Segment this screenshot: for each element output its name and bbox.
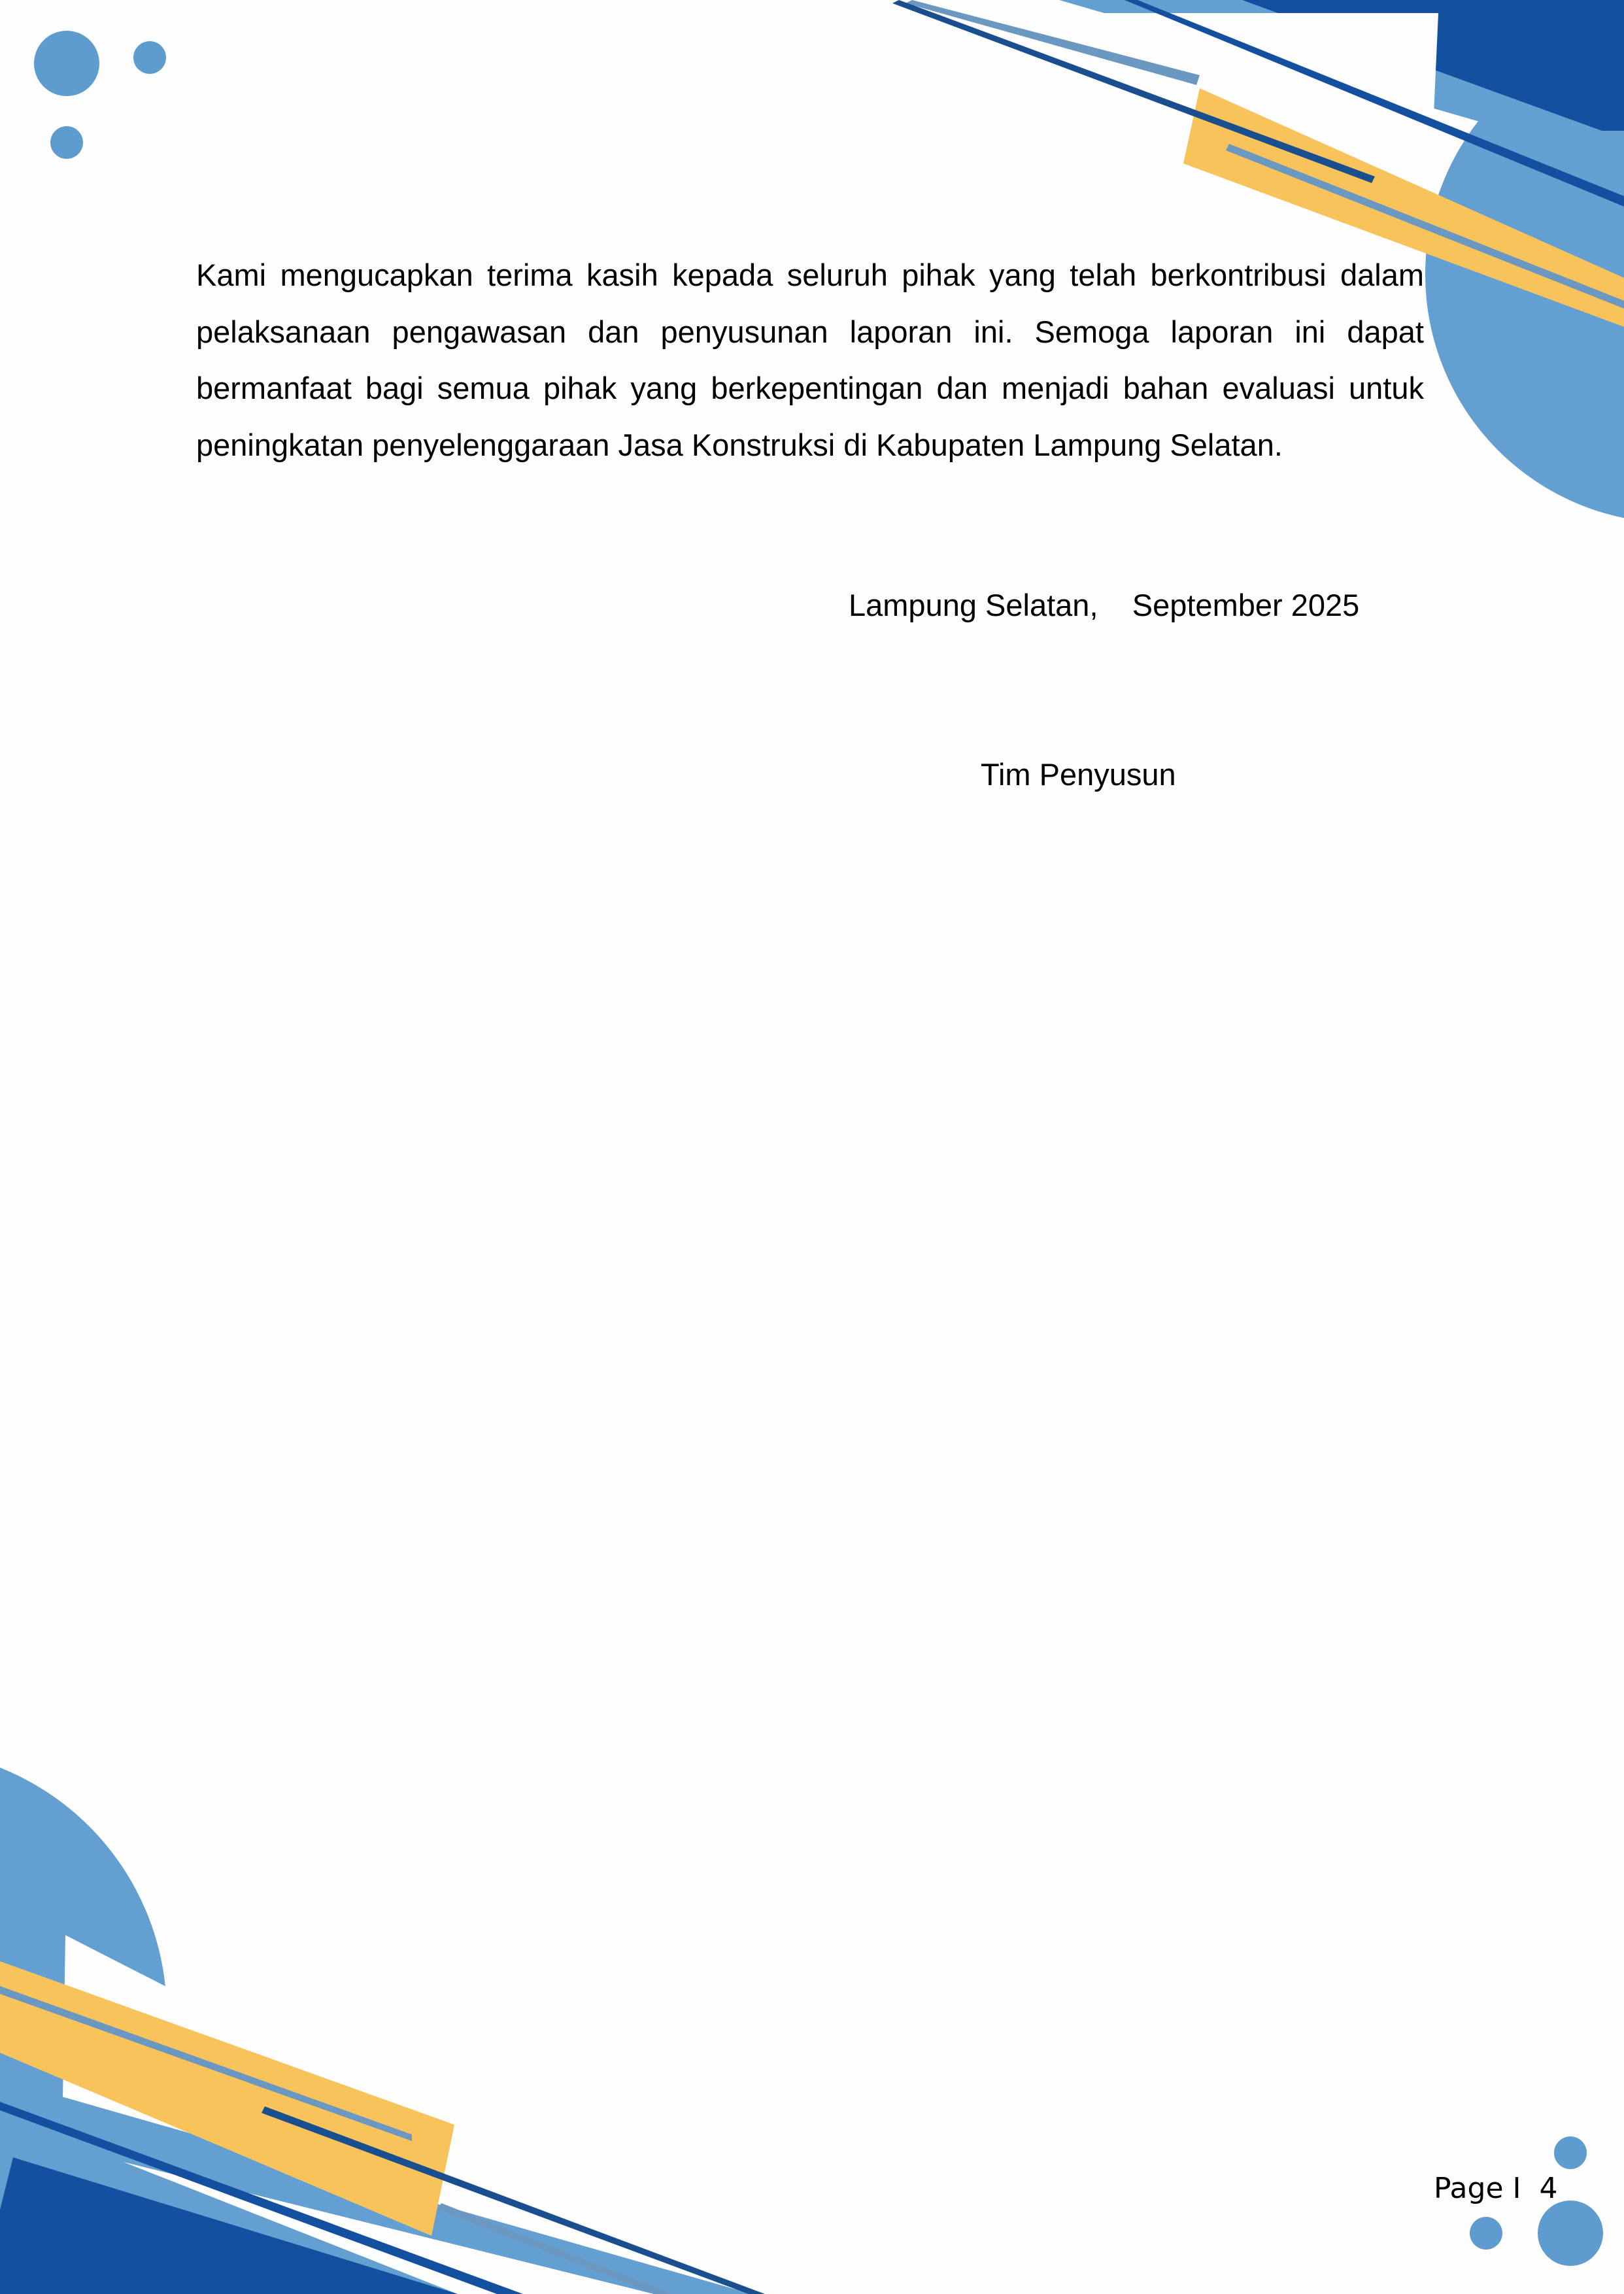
dot-small-bottom-right [1554, 2136, 1587, 2169]
page-number: Page I 4 [1434, 2172, 1557, 2205]
dot-small-bottom-right-2 [1470, 2217, 1502, 2250]
closing-paragraph: Kami mengucapkan terima kasih kepada sel… [196, 247, 1424, 473]
signature-author: Tim Penyusun [981, 756, 1176, 792]
document-page: Kami mengucapkan terima kasih kepada sel… [0, 0, 1624, 2294]
dot-small-top-left [133, 41, 166, 74]
place-and-date: Lampung Selatan, September 2025 [849, 587, 1359, 623]
dot-large-top-left [34, 31, 99, 96]
dot-large-bottom-right [1538, 2201, 1603, 2266]
dot-small-top-left-2 [50, 126, 83, 159]
